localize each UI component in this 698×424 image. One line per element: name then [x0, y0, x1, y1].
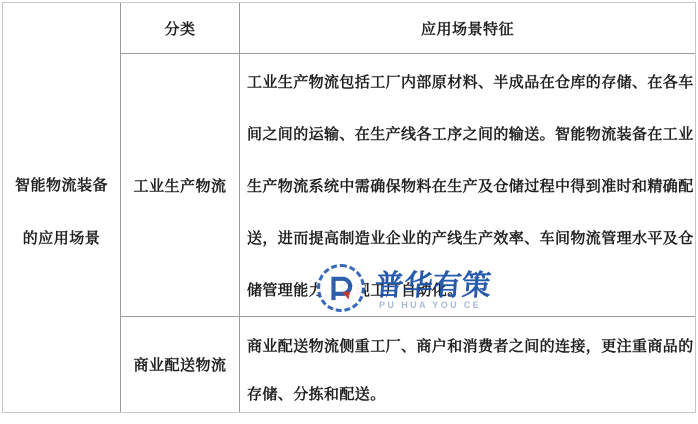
paragraph-line: 生产物流系统中需确保物料在生产及仓储过程中得到准时和精确配: [247, 161, 689, 213]
column-header-feature: 应用场景特征: [240, 3, 695, 54]
application-scenario-table: 智能物流装备 的应用场景 分类 应用场景特征 工业生产物流 工业生产物流包括工厂…: [2, 2, 696, 413]
paragraph-line: 商业配送物流侧重工厂、商户和消费者之间的连接，更注重商品的: [247, 323, 689, 371]
scope-line-1: 智能物流装备: [15, 159, 108, 212]
column-header-category: 分类: [121, 3, 240, 54]
feature-paragraph-industrial: 工业生产物流包括工厂内部原材料、半成品在仓库的存储、在各车 间之间的运输、在生产…: [240, 54, 695, 317]
paragraph-line: 工业生产物流包括工厂内部原材料、半成品在仓库的存储、在各车: [247, 57, 689, 109]
paragraph-line: 存储、分拣和配送。: [247, 371, 689, 412]
paragraph-line: 送，进而提高制造业企业的产线生产效率、车间物流管理水平及仓: [247, 213, 689, 265]
row-label-commercial-logistics: 商业配送物流: [121, 317, 240, 412]
paragraph-line: 间之间的运输、在生产线各工序之间的输送。智能物流装备在工业: [247, 109, 689, 161]
row-label-industrial-logistics: 工业生产物流: [121, 54, 240, 317]
scope-merged-cell: 智能物流装备 的应用场景: [3, 3, 121, 412]
scope-line-2: 的应用场景: [23, 212, 101, 265]
feature-paragraph-commercial: 商业配送物流侧重工厂、商户和消费者之间的连接，更注重商品的 存储、分拣和配送。: [240, 317, 695, 412]
paragraph-line: 储管理能力，实现工厂自动化。: [247, 265, 689, 317]
